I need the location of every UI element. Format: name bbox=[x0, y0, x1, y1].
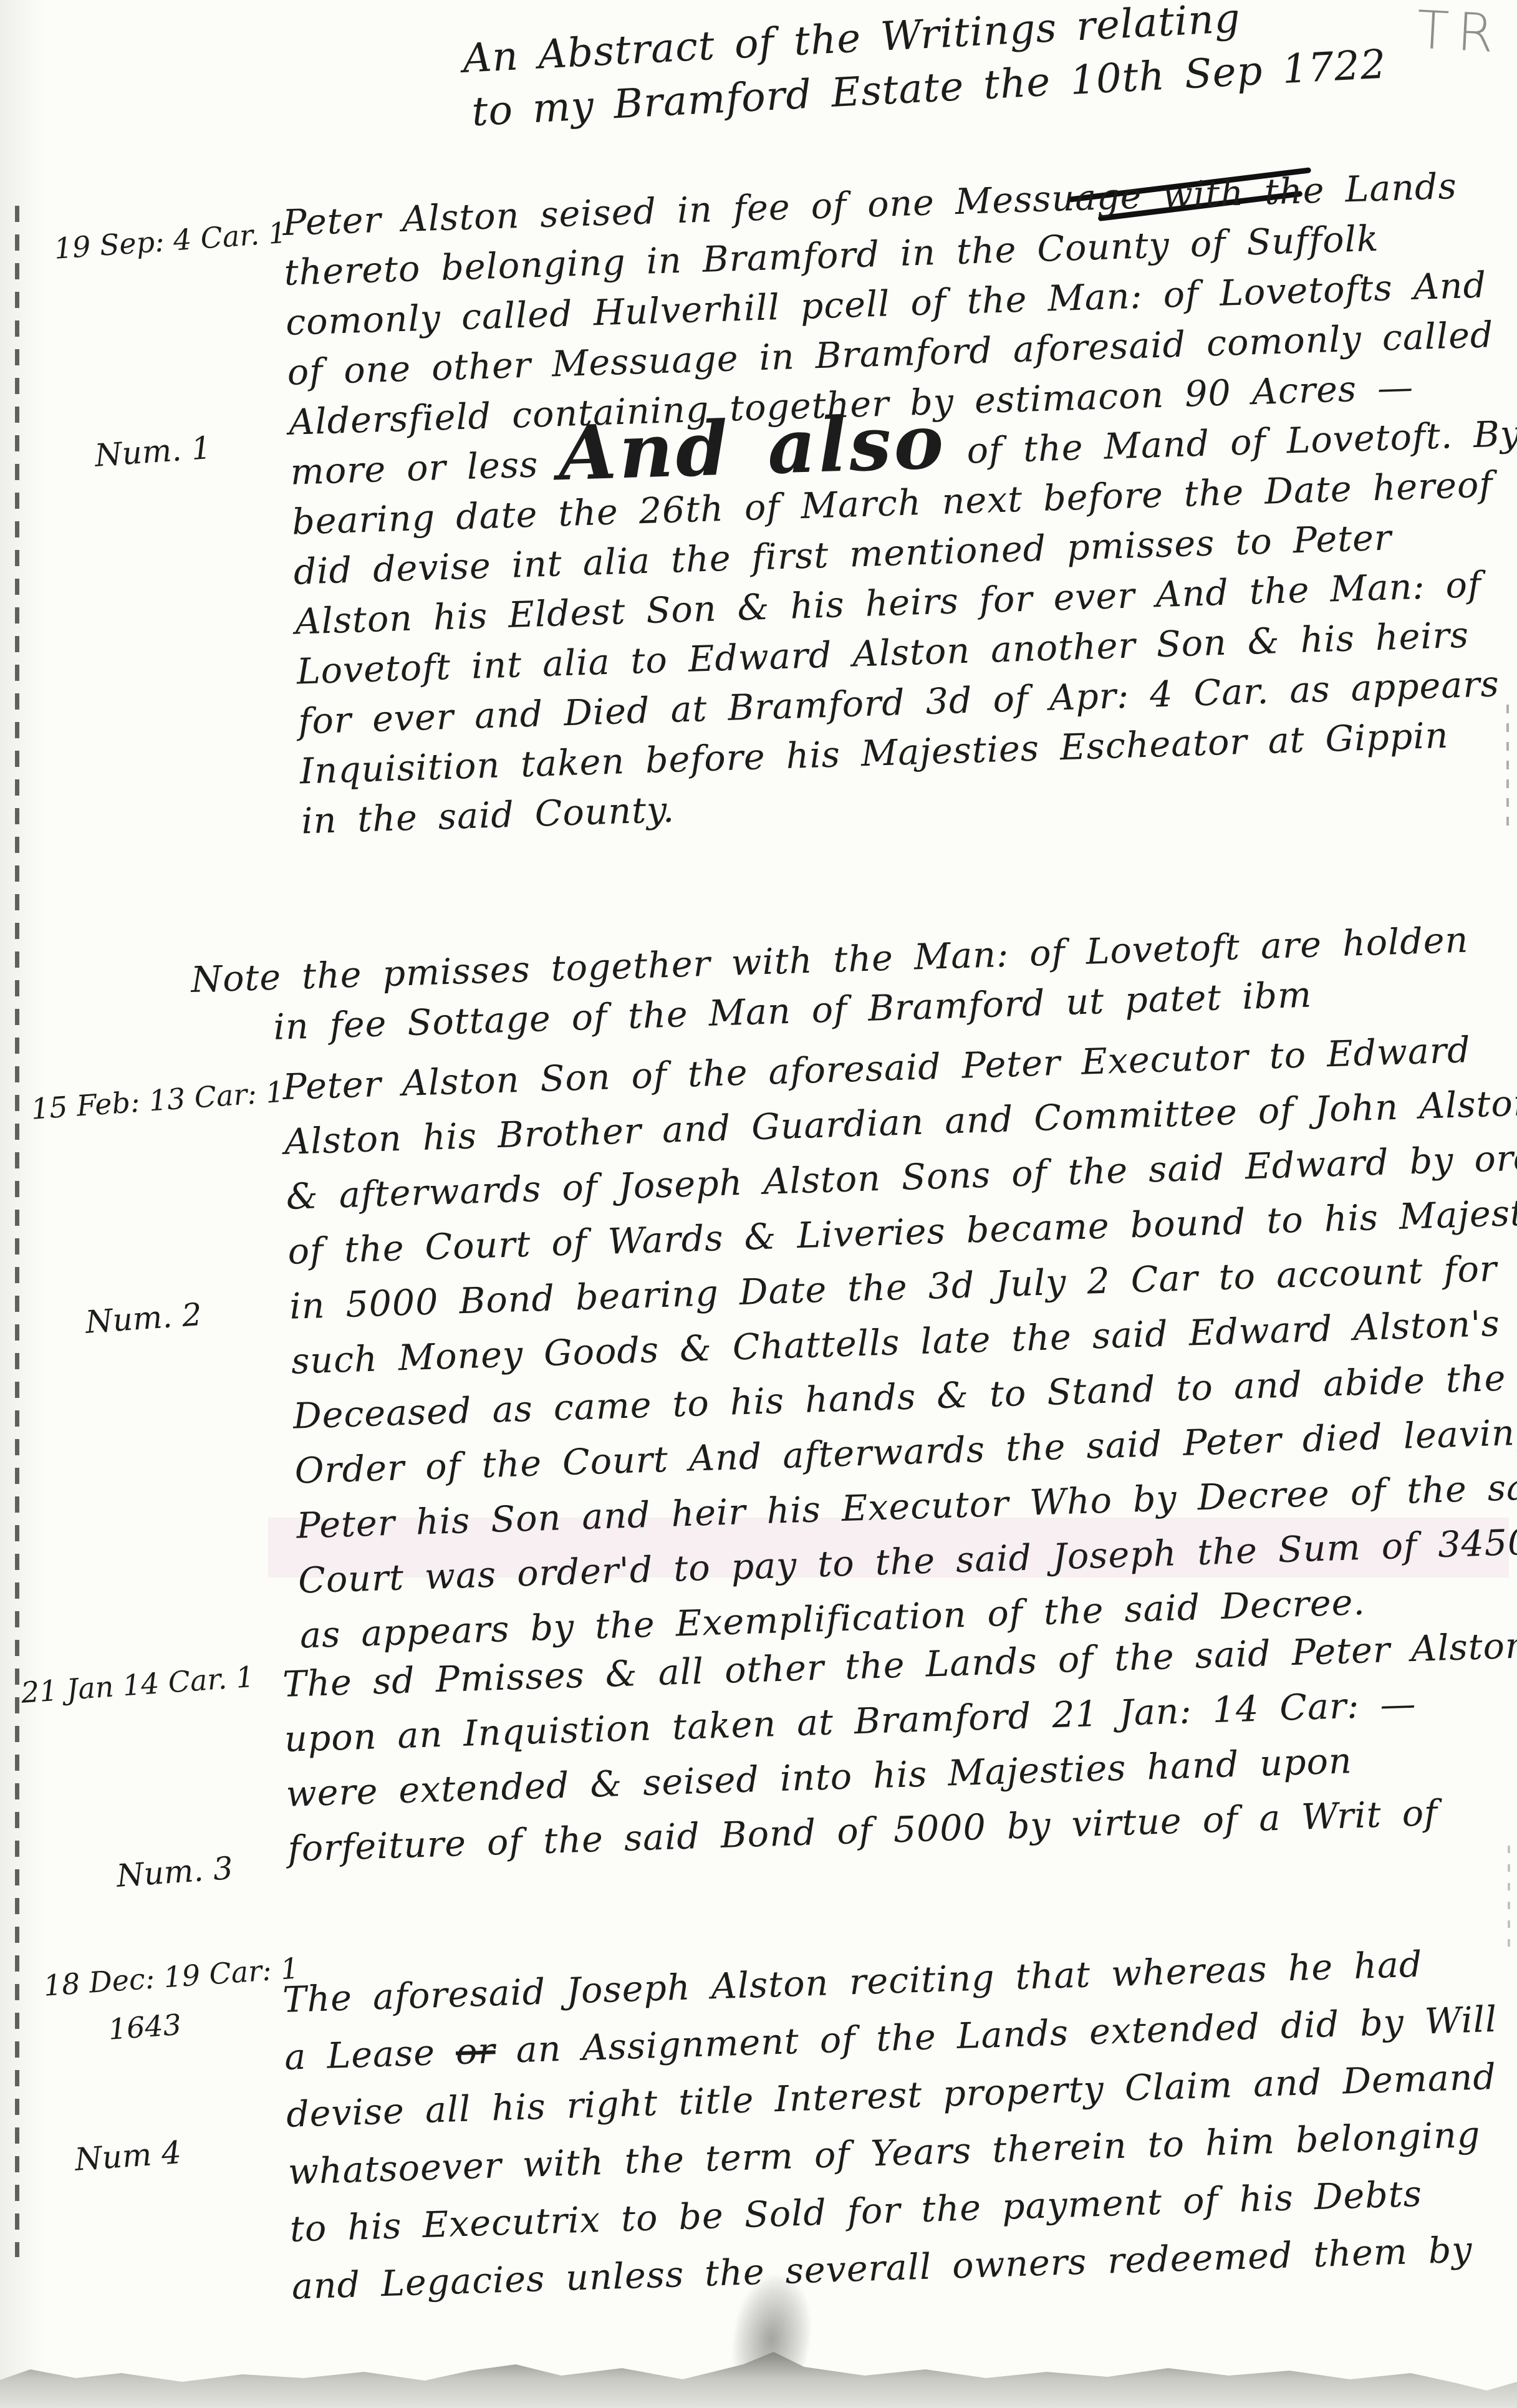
margin-date-entry3: 21 Jan 14 Car. 1 bbox=[20, 1660, 255, 1710]
margin-num-entry4: Num 4 bbox=[74, 2134, 183, 2178]
margin-date-entry2: 15 Feb: 13 Car: 1 bbox=[30, 1075, 285, 1126]
margin-num-entry1: Num. 1 bbox=[94, 430, 213, 474]
paragraph-entry4: The aforesaid Joseph Alston reciting tha… bbox=[282, 1932, 1517, 2315]
manuscript-page: TR An Abstract of the Writings relating … bbox=[0, 0, 1517, 2408]
paragraph-entry3: The sd Pmisses & all other the Lands of … bbox=[282, 1618, 1517, 1876]
emph-pre: more or less bbox=[290, 443, 560, 493]
scan-edge-left bbox=[15, 206, 19, 2257]
line-pre: a Lease bbox=[284, 2031, 456, 2078]
document-title: An Abstract of the Writings relating to … bbox=[461, 0, 1264, 140]
margin-date-entry4: 18 Dec: 19 Car: 1 bbox=[42, 1951, 300, 2002]
margin-date-entry1: 19 Sep: 4 Car. 1 bbox=[53, 216, 287, 266]
pencil-annotation-tr: TR bbox=[1415, 0, 1505, 65]
margin-num-entry3: Num. 3 bbox=[115, 1850, 234, 1894]
margin-num-entry2: Num. 2 bbox=[84, 1296, 203, 1341]
struck-word: or bbox=[455, 2030, 496, 2073]
paragraph-entry2: Peter Alston Son of the aforesaid Peter … bbox=[282, 1021, 1517, 1663]
paragraph-entry1: Peter Alston seised in fee of one Messua… bbox=[282, 159, 1517, 846]
margin-year-entry4: 1643 bbox=[107, 2008, 183, 2046]
